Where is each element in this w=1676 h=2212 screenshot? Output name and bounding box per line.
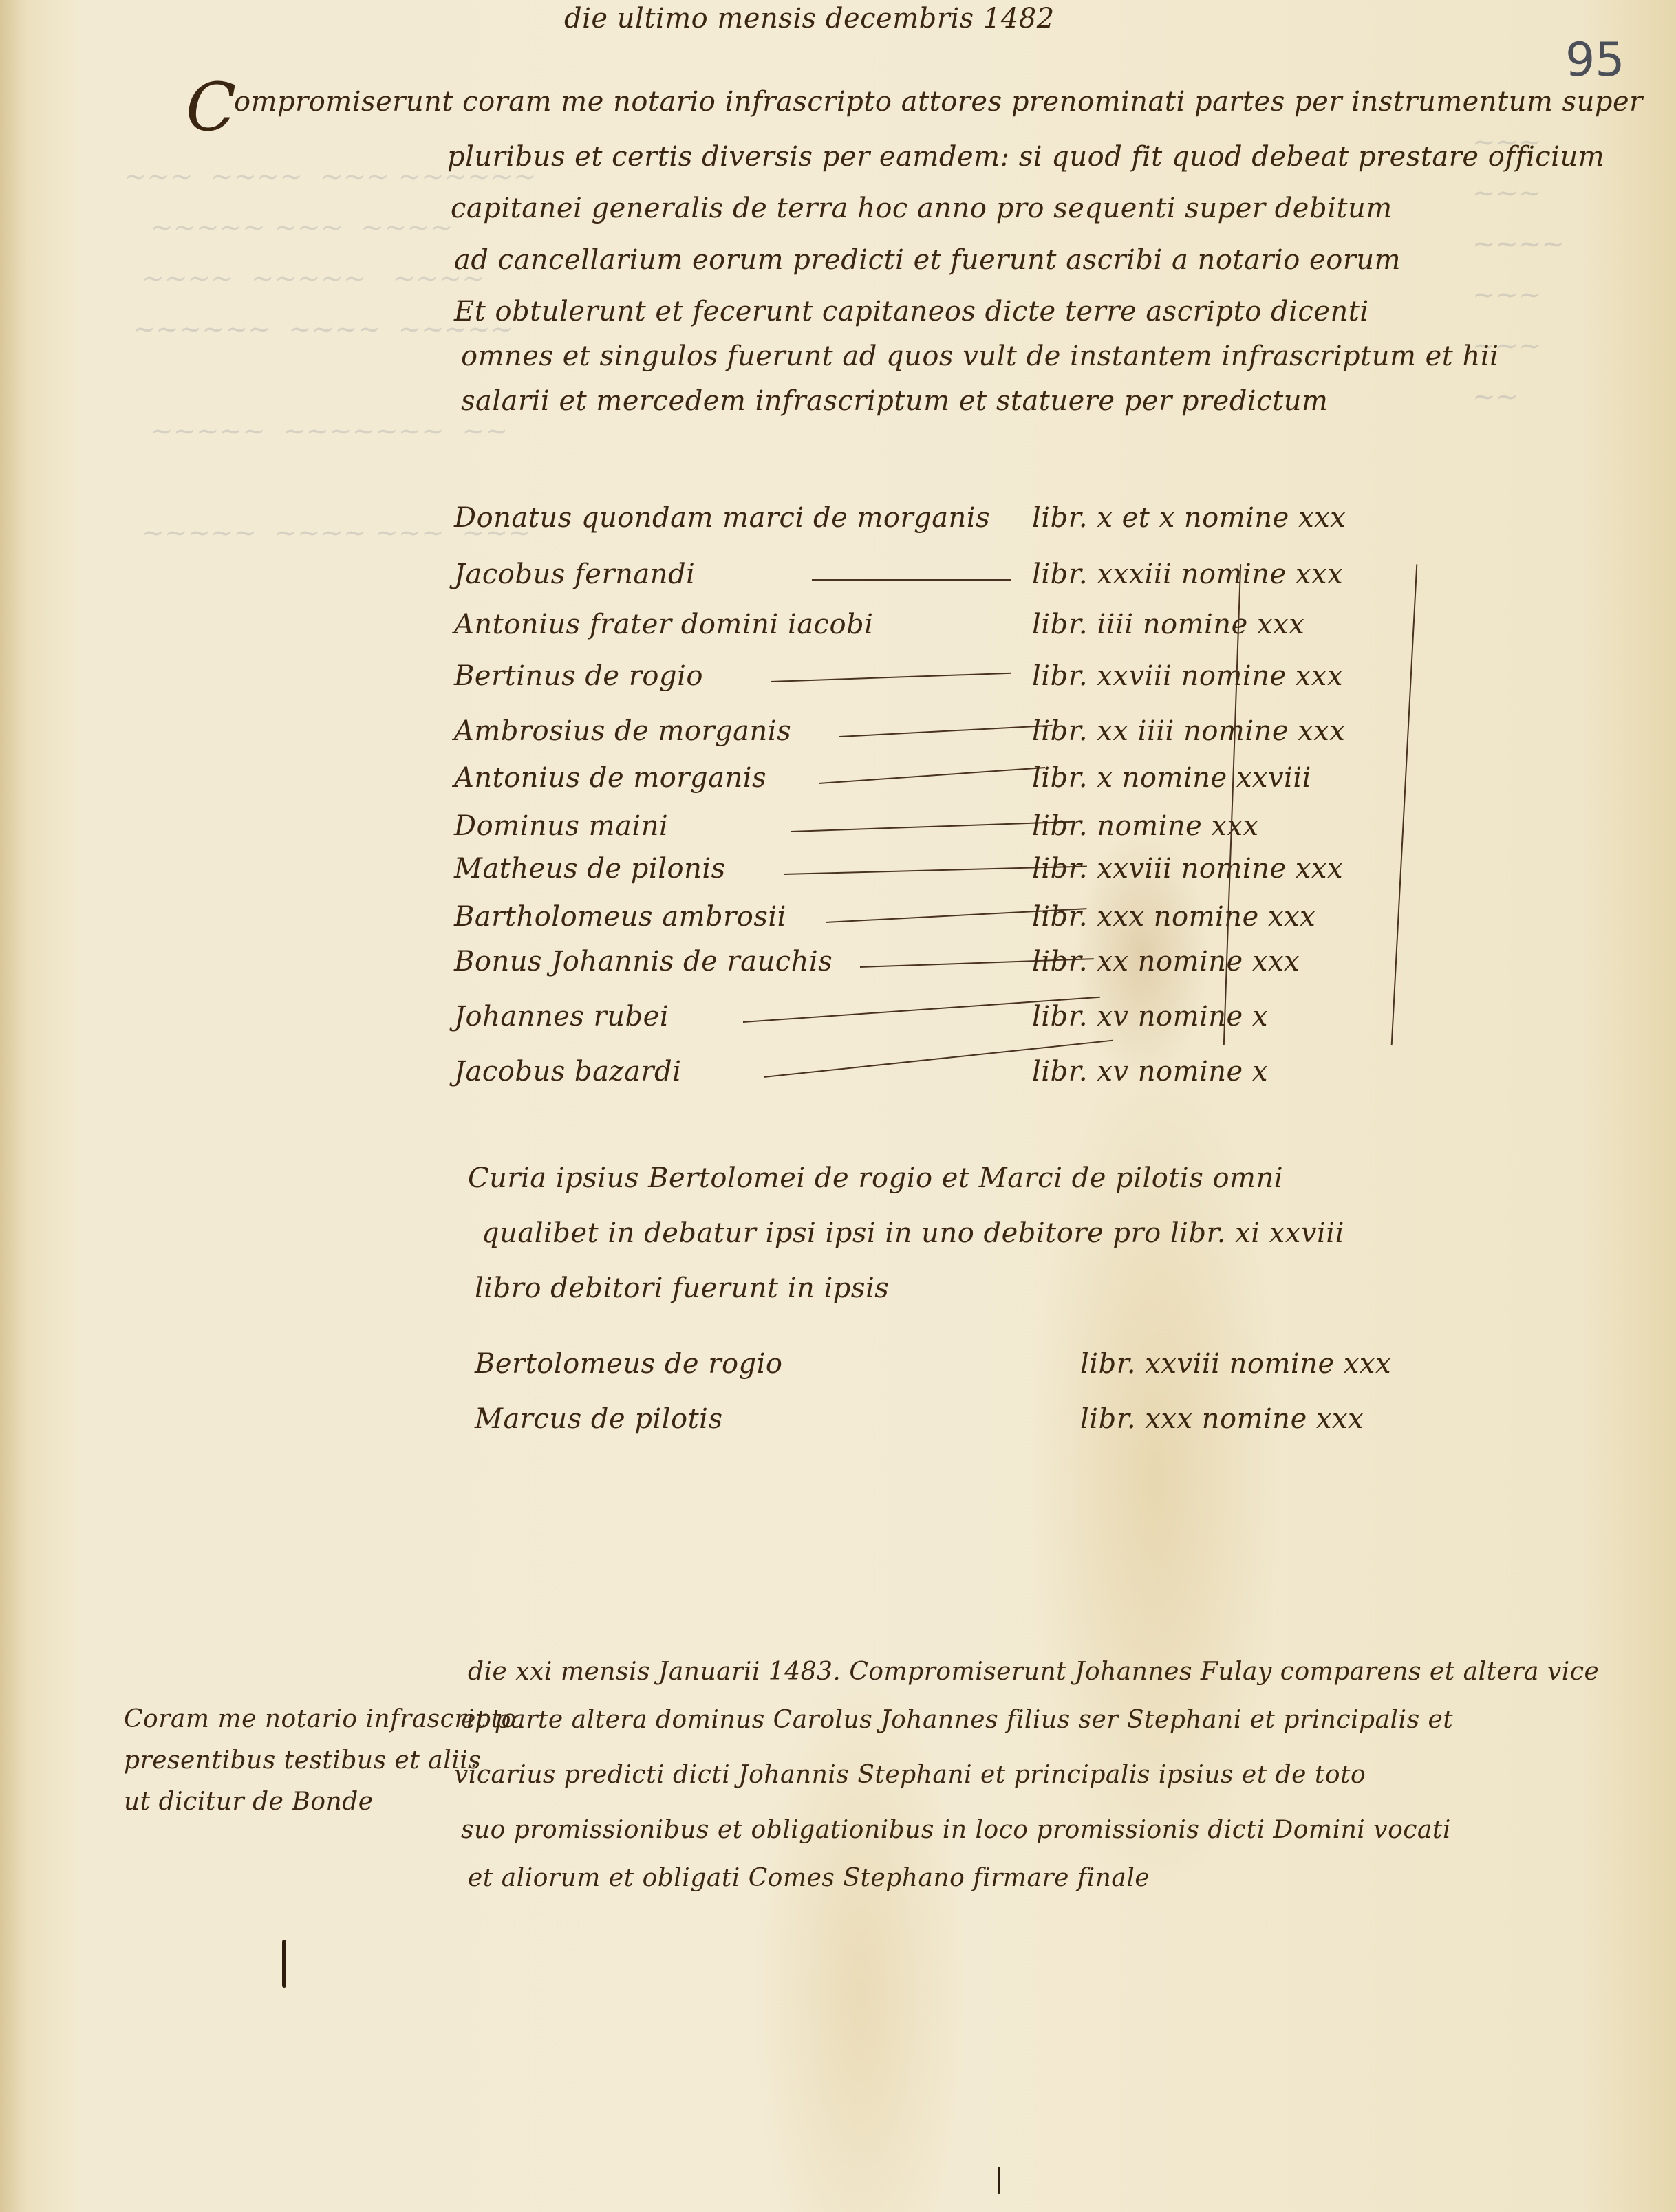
ledger-amount: libr. xx iiii nomine xxx <box>1032 715 1345 747</box>
ledger-name: Antonius de morganis <box>454 762 766 794</box>
entry-1-line: salarii et mercedem infrascriptum et sta… <box>461 385 1328 417</box>
entry-1-initial: C <box>186 69 236 146</box>
entry-2-line: qualibet in debatur ipsi ipsi in uno deb… <box>482 1217 1344 1249</box>
entry-3-line: vicarius predicti dicti Johannis Stephan… <box>454 1761 1366 1789</box>
ledger-row: Matheus de pilonis libr. xxviii nomine x… <box>454 853 1527 894</box>
ledger-row: Jacobus fernandi libr. xxxiii nomine xxx <box>454 559 1527 600</box>
ledger-amount: libr. xxx nomine xxx <box>1032 901 1315 933</box>
ledger-amount: libr. xv nomine x <box>1032 1056 1268 1087</box>
ledger-row: Bertolomeus de rogio libr. xxviii nomine… <box>475 1348 1548 1389</box>
entry-3-line: suo promissionibus et obligationibus in … <box>461 1816 1451 1844</box>
ledger-amount: libr. x nomine xxviii <box>1032 762 1311 794</box>
ledger-connector-line <box>771 673 1011 682</box>
ledger-amount: libr. xx nomine xxx <box>1032 946 1300 977</box>
ledger-name: Jacobus fernandi <box>454 559 695 590</box>
folio-number: 95 <box>1565 33 1625 87</box>
ledger-row: Johannes rubei libr. xv nomine x <box>454 1001 1527 1042</box>
ledger-name: Dominus maini <box>454 810 668 842</box>
ledger-row: Ambrosius de morganis libr. xx iiii nomi… <box>454 715 1527 757</box>
entry-1-line: pluribus et certis diversis per eamdem: … <box>447 141 1604 173</box>
ledger-name: Ambrosius de morganis <box>454 715 791 747</box>
ledger-name: Jacobus bazardi <box>454 1056 681 1087</box>
ledger-name: Bertinus de rogio <box>454 660 703 692</box>
ledger-row: Bartholomeus ambrosii libr. xxx nomine x… <box>454 901 1527 942</box>
header-date: die ultimo mensis decembris 1482 <box>564 3 1055 34</box>
margin-note-line: Coram me notario infrascripto <box>124 1699 517 1740</box>
ledger-name: Donatus quondam marci de morganis <box>454 502 990 534</box>
ledger-name: Bonus Johannis de rauchis <box>454 946 832 977</box>
entry-3-line: et parte altera dominus Carolus Johannes… <box>461 1706 1453 1734</box>
ledger-connector-line <box>839 725 1053 737</box>
ledger-amount: libr. xxx nomine xxx <box>1080 1403 1364 1435</box>
ledger-name: Marcus de pilotis <box>475 1403 723 1435</box>
entry-1-line: ompromiserunt coram me notario infrascri… <box>234 86 1643 118</box>
ledger-name: Johannes rubei <box>454 1001 669 1032</box>
ledger-connector-line <box>812 579 1011 581</box>
ledger-amount: libr. xxviii nomine xxx <box>1032 660 1343 692</box>
entry-2-line: Curia ipsius Bertolomei de rogio et Marc… <box>468 1162 1283 1194</box>
ledger-connector-line <box>819 767 1045 784</box>
entry-2-line: libro debitori fuerunt in ipsis <box>475 1272 889 1304</box>
ledger-name: Antonius frater domini iacobi <box>454 609 873 640</box>
ledger-row: Jacobus bazardi libr. xv nomine x <box>454 1056 1527 1097</box>
ledger-amount: libr. xxviii nomine xxx <box>1032 853 1343 885</box>
ledger-name: Bartholomeus ambrosii <box>454 901 786 933</box>
entry-3-line: die xxi mensis Januarii 1483. Compromise… <box>468 1658 1599 1686</box>
ledger-row: Antonius de morganis libr. x nomine xxvi… <box>454 762 1527 803</box>
ledger-row: Bertinus de rogio libr. xxviii nomine xx… <box>454 660 1527 702</box>
ledger-row: Marcus de pilotis libr. xxx nomine xxx <box>475 1403 1548 1444</box>
ledger-row: Dominus maini libr. nomine xxx <box>454 810 1527 852</box>
ledger-amount: libr. x et x nomine xxx <box>1032 502 1346 534</box>
ledger-row: Donatus quondam marci de morganis libr. … <box>454 502 1527 543</box>
entry-1-line: omnes et singulos fuerunt ad quos vult d… <box>461 340 1498 372</box>
ledger-amount: libr. xxxiii nomine xxx <box>1032 559 1343 590</box>
entry-1-line: Et obtulerunt et fecerunt capitaneos dic… <box>454 296 1369 327</box>
ledger-row: Antonius frater domini iacobi libr. iiii… <box>454 609 1527 650</box>
ledger-row: Bonus Johannis de rauchis libr. xx nomin… <box>454 946 1527 987</box>
entry-1-line: ad cancellarium eorum predicti et fuerun… <box>454 244 1401 276</box>
ledger-name: Bertolomeus de rogio <box>475 1348 783 1380</box>
stray-ink-mark <box>998 2167 1000 2194</box>
ledger-connector-line <box>791 821 1073 832</box>
ledger-amount: libr. iiii nomine xxx <box>1032 609 1304 640</box>
entry-3-line: et aliorum et obligati Comes Stephano fi… <box>468 1864 1150 1892</box>
ledger-amount: libr. nomine xxx <box>1032 810 1259 842</box>
ledger-amount: libr. xv nomine x <box>1032 1001 1268 1032</box>
entry-1-line: capitanei generalis de terra hoc anno pr… <box>451 193 1393 224</box>
ledger-name: Matheus de pilonis <box>454 853 726 885</box>
stray-ink-mark <box>282 1940 286 1988</box>
ledger-amount: libr. xxviii nomine xxx <box>1080 1348 1391 1380</box>
